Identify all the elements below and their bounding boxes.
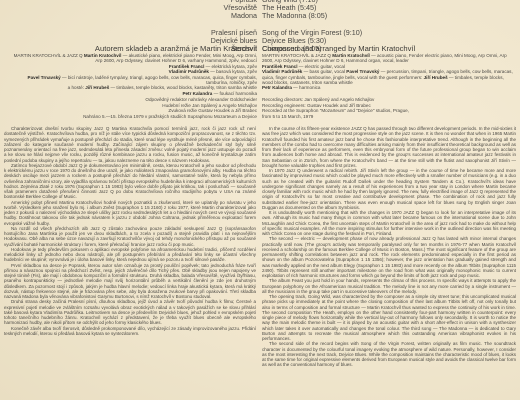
paragraph: In 1970 Jazz Q underwent a radical rebir… xyxy=(262,168,516,210)
czech-production-credits: Odpovědný redaktor nahrávky Alexander Go… xyxy=(7,97,257,119)
credit-line: Vladimír Padrůněk — bass guitar, vocal P… xyxy=(262,69,516,85)
czech-composer-heading: Autorem skladeb a aranžmá je Martin Krat… xyxy=(95,44,257,53)
paragraph: The opening track, Going Wild, was chara… xyxy=(262,294,516,341)
english-liner-notes: In the course of its fifteen-year existe… xyxy=(262,126,516,368)
credit-line: Pavel Trnavský — bicí nástroje, laděné t… xyxy=(7,75,257,86)
credit-line: Petr Kalandra — harmonica xyxy=(262,85,516,90)
paragraph: In the course of its fifteen-year existe… xyxy=(262,126,516,168)
track-en-a3: The Madonna (8:05) xyxy=(262,12,362,20)
paragraph: Zatímco freejazzové období Jazz Q je dok… xyxy=(4,163,256,200)
english-credits: MARTIN KRATOCHVÍL & JAZZ Q Martin Kratoc… xyxy=(262,53,516,91)
paragraph: It is undoubtedly worth mentioning that … xyxy=(262,210,516,236)
track-cz-a3: Madona xyxy=(157,12,257,20)
czech-credits: MARTIN KRATOCHVÍL & JAZZ Q Martin Kratoc… xyxy=(7,53,257,96)
paragraph: První skladbou na desce je Poprask, kter… xyxy=(4,263,256,300)
paragraph: The second — electric — development phas… xyxy=(262,236,516,278)
record-sleeve-back: Poprask Vřesoviště Madona Pralesní píseň… xyxy=(0,0,520,400)
english-composer-heading: Composed and arranged by Martin Kratochv… xyxy=(262,44,415,53)
production-line: Nahráno 5.—15. března 1979 v pražských s… xyxy=(7,114,257,120)
credit-line: MARTIN KRATOCHVÍL & JAZZ Q Martin Kratoc… xyxy=(7,53,257,64)
credit-line: Petr Kalandra — foukací harmonika xyxy=(7,91,257,96)
paragraph: The album Feast you just hold in your ha… xyxy=(262,278,516,294)
english-production-credits: Recording directors: Jan Spálený and Ang… xyxy=(262,97,516,119)
paragraph: Charakterizovat dnešní tvorbu skupiny Ja… xyxy=(4,126,256,163)
paragraph: Konečně závěr alba tvoří Šerosvit, důsle… xyxy=(4,326,256,337)
paragraph: Druhá strana desky začíná Pralesní písní… xyxy=(4,299,256,325)
paragraph: The second side of the record begins wit… xyxy=(262,341,516,367)
paragraph: Americký pobyt přinesl Martinu Kratochví… xyxy=(4,200,256,226)
paragraph: Hodokvas je tedy především pokusem o apl… xyxy=(4,247,256,263)
credit-line: MARTIN KRATOCHVÍL & JAZZ Q Martin Kratoc… xyxy=(262,53,516,64)
paragraph: Na rozdíl od všech předchozích alb Jazz … xyxy=(4,226,256,247)
czech-liner-notes: Charakterizovat dnešní tvorbu skupiny Ja… xyxy=(4,126,256,336)
production-line: from 5 to 15 March, 1979 xyxy=(262,114,516,120)
